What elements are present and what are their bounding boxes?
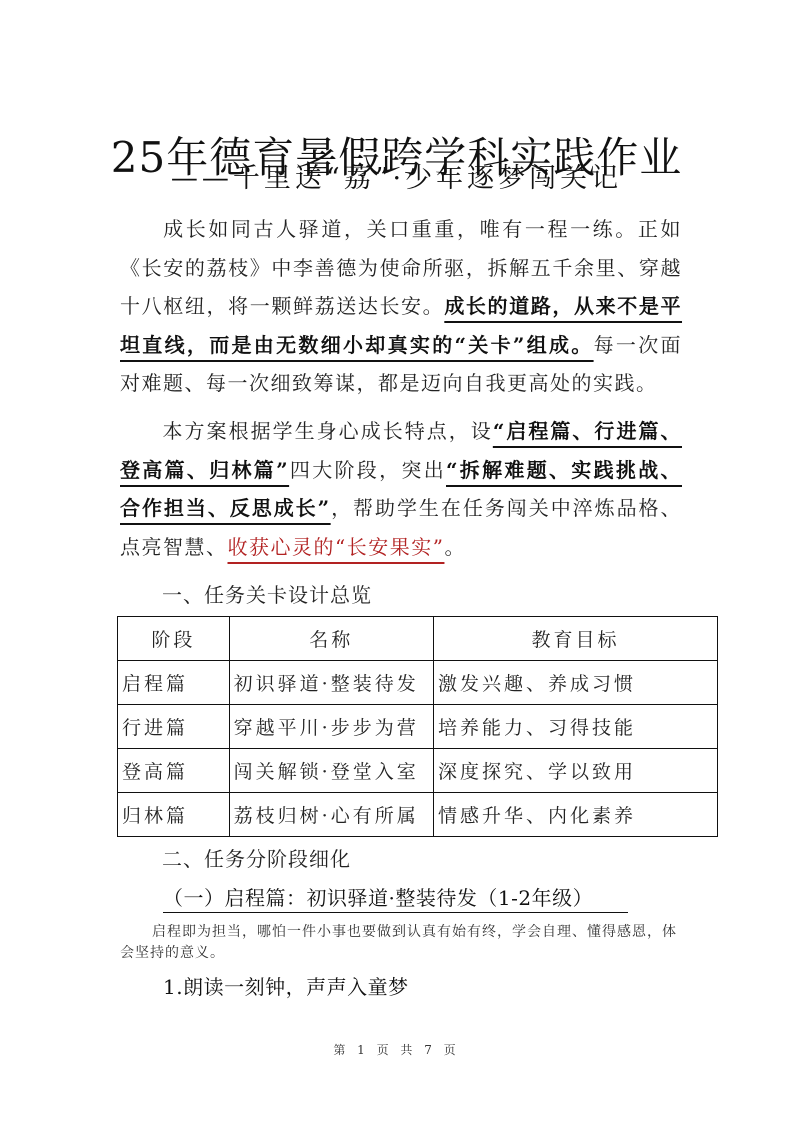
table-cell-stage: 行进篇 — [118, 705, 230, 749]
table-cell-name: 穿越平川·步步为营 — [229, 705, 433, 749]
task-item-1-heading: 1.朗读一刻钟，声声入童梦 — [163, 972, 409, 1002]
document-subtitle: ——千里送“荔”·少年逐梦闯关记 — [0, 160, 793, 198]
section-1-heading: 一、任务关卡设计总览 — [162, 580, 372, 610]
table-row: 行进篇 穿越平川·步步为营 培养能力、习得技能 — [118, 705, 718, 749]
subsection-1-heading: （一）启程篇：初识驿道·整装待发（1-2年级） — [163, 884, 628, 913]
table-cell-goal: 深度探究、学以致用 — [433, 749, 717, 793]
table-cell-stage: 启程篇 — [118, 661, 230, 705]
intro-p2-end: 。 — [444, 535, 466, 559]
table-header-name: 名称 — [229, 617, 433, 661]
table-cell-goal: 情感升华、内化素养 — [433, 793, 717, 837]
table-row: 启程篇 初识驿道·整装待发 激发兴趣、养成习惯 — [118, 661, 718, 705]
table-header-stage: 阶段 — [118, 617, 230, 661]
intro-p2-b: 四大阶段，突出 — [289, 458, 446, 482]
page-number-footer: 第 1 页 共 7 页 — [0, 1041, 793, 1058]
table-header-goal: 教育目标 — [433, 617, 717, 661]
intro-paragraph-1: 成长如同古人驿道，关口重重，唯有一程一练。正如《长安的荔枝》中李善德为使命所驱，… — [120, 210, 682, 403]
table-cell-name: 初识驿道·整装待发 — [229, 661, 433, 705]
table-row: 归林篇 荔枝归树·心有所属 情感升华、内化素养 — [118, 793, 718, 837]
overview-table: 阶段 名称 教育目标 启程篇 初识驿道·整装待发 激发兴趣、养成习惯 行进篇 穿… — [117, 616, 718, 837]
subsection-1-description-text: 启程即为担当，哪怕一件小事也要做到认真有始有终，学会自理、懂得感恩，体会坚持的意… — [120, 924, 677, 961]
table-cell-name: 荔枝归树·心有所属 — [229, 793, 433, 837]
table-row: 登高篇 闯关解锁·登堂入室 深度探究、学以致用 — [118, 749, 718, 793]
table-cell-goal: 激发兴趣、养成习惯 — [433, 661, 717, 705]
table-cell-stage: 归林篇 — [118, 793, 230, 837]
table-cell-stage: 登高篇 — [118, 749, 230, 793]
table-cell-name: 闯关解锁·登堂入室 — [229, 749, 433, 793]
intro-paragraph-2: 本方案根据学生身心成长特点，设“启程篇、行进篇、登高篇、归林篇”四大阶段，突出“… — [120, 412, 682, 566]
section-2-heading: 二、任务分阶段细化 — [162, 844, 351, 874]
document-page: 25年德育暑假跨学科实践作业 ——千里送“荔”·少年逐梦闯关记 成长如同古人驿道… — [0, 0, 793, 1122]
intro-p2-highlight: 收获心灵的“长安果实” — [228, 535, 445, 559]
subsection-1-description: 启程即为担当，哪怕一件小事也要做到认真有始有终，学会自理、懂得感恩，体会坚持的意… — [120, 922, 680, 964]
table-header-row: 阶段 名称 教育目标 — [118, 617, 718, 661]
intro-p2-a: 本方案根据学生身心成长特点，设 — [162, 419, 493, 443]
table-cell-goal: 培养能力、习得技能 — [433, 705, 717, 749]
